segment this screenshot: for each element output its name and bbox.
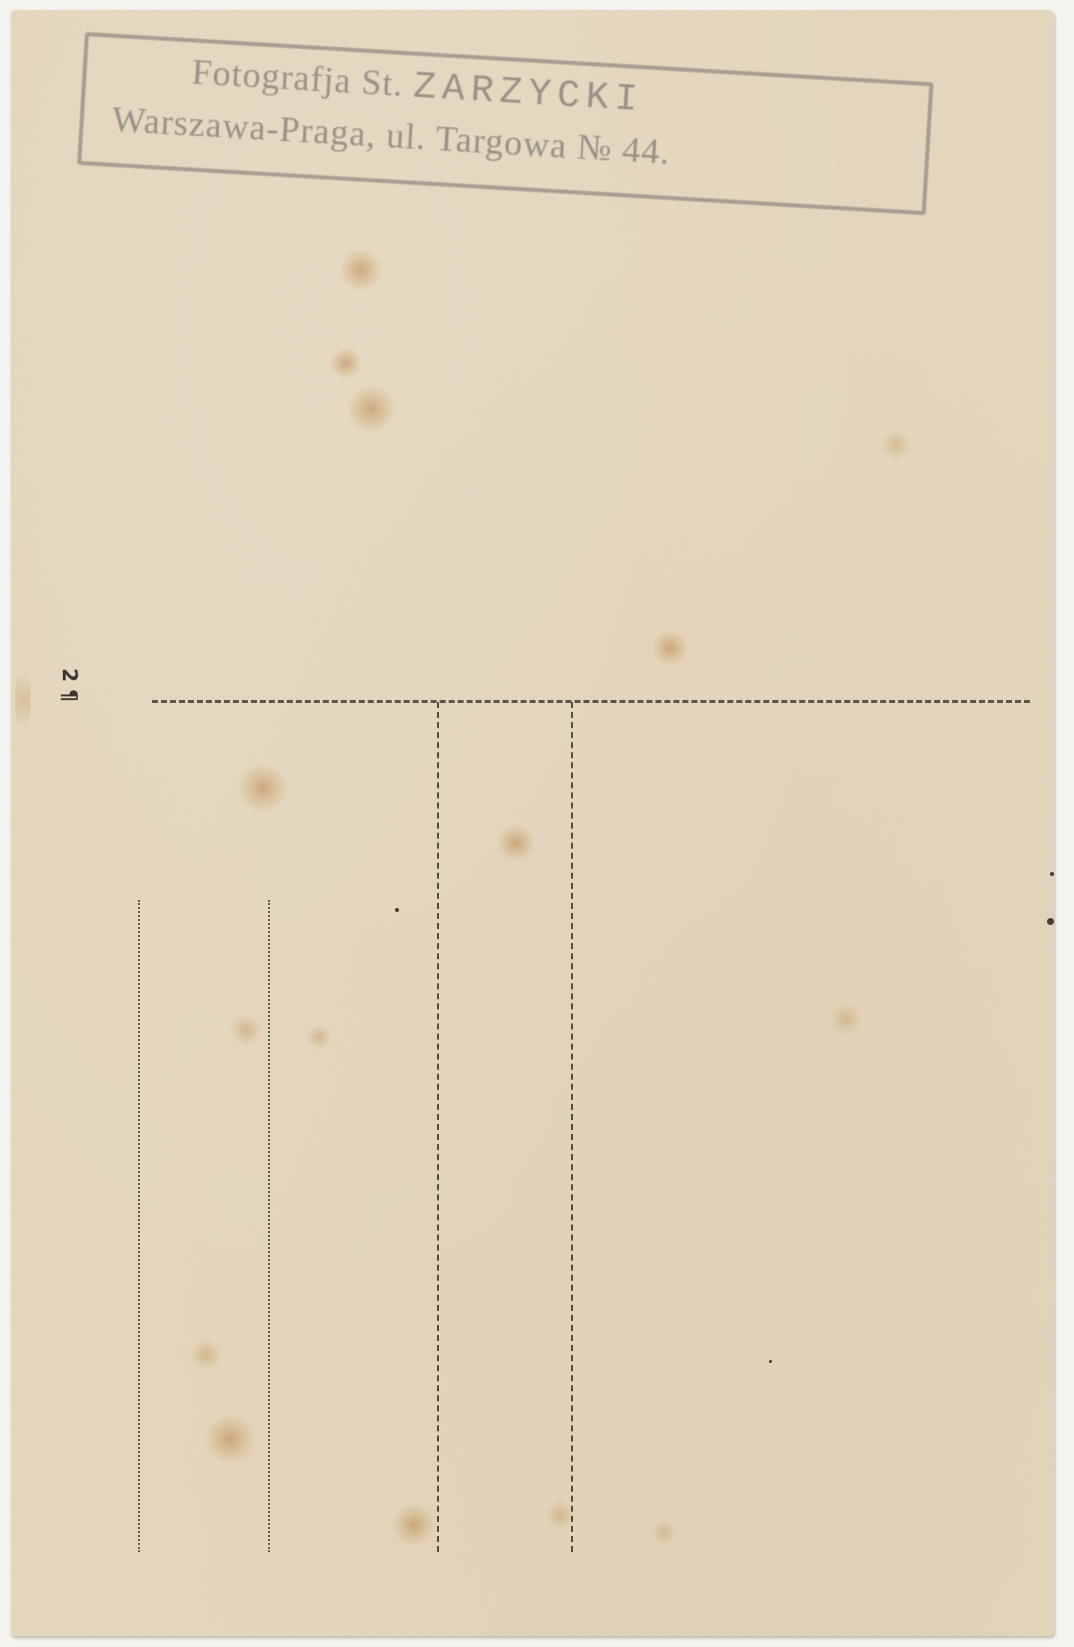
top-divider-line <box>152 700 1030 703</box>
stamp-column-left-border <box>437 702 439 1552</box>
foxing-stain <box>651 630 689 666</box>
ink-speck <box>1047 918 1054 925</box>
ink-speck <box>1050 872 1054 876</box>
stamp-studio-name: ZARZYCKI <box>412 66 645 123</box>
foxing-stain <box>229 1015 263 1045</box>
postcard-back: Fotografja St. ZARZYCKI Warszawa-Praga, … <box>11 10 1054 1636</box>
foxing-stain <box>651 1520 677 1546</box>
foxing-stain <box>881 430 911 460</box>
foxing-stain <box>236 765 290 811</box>
foxing-stain <box>496 825 536 861</box>
stamp-column-right-border <box>571 702 573 1552</box>
photographer-stamp: Fotografja St. ZARZYCKI Warszawa-Praga, … <box>77 32 933 215</box>
foxing-stain <box>831 1000 861 1038</box>
foxing-stain <box>329 348 363 378</box>
foxing-stain <box>189 1340 223 1370</box>
foxing-stain <box>306 1025 332 1049</box>
ink-speck <box>769 1360 772 1363</box>
foxing-stain <box>203 1415 257 1463</box>
foxing-stain <box>338 250 384 290</box>
paper-texture <box>11 10 1054 1636</box>
address-line-1 <box>138 900 140 1552</box>
foxing-stain <box>15 660 31 740</box>
address-line-2 <box>268 900 270 1552</box>
stamp-prefix: Fotografja St. <box>191 51 405 104</box>
pencil-annotation: 2 ¶ <box>58 668 82 702</box>
foxing-stain <box>546 1500 574 1530</box>
foxing-stain <box>346 385 396 433</box>
ink-speck <box>395 908 399 912</box>
foxing-stain <box>391 1505 437 1545</box>
